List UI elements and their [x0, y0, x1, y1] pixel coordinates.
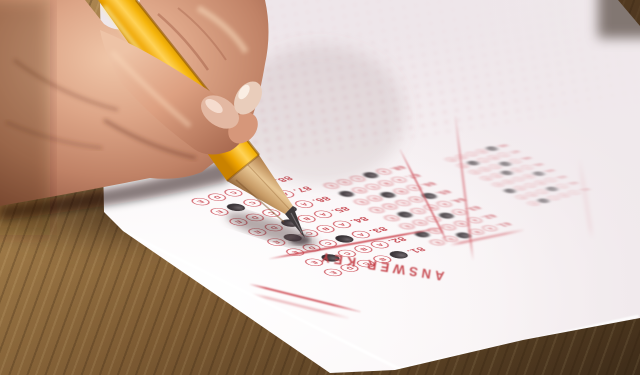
photo-scene: 81.ABCDE82.ABCDE83.ABCDE84.ABCDE85.ABCDE…	[0, 0, 640, 375]
hand-edge-shading	[0, 0, 50, 235]
pencil-contact-shadow	[290, 235, 310, 245]
pencil-shadow	[223, 206, 320, 255]
hand-and-pencil-layer	[0, 0, 640, 375]
